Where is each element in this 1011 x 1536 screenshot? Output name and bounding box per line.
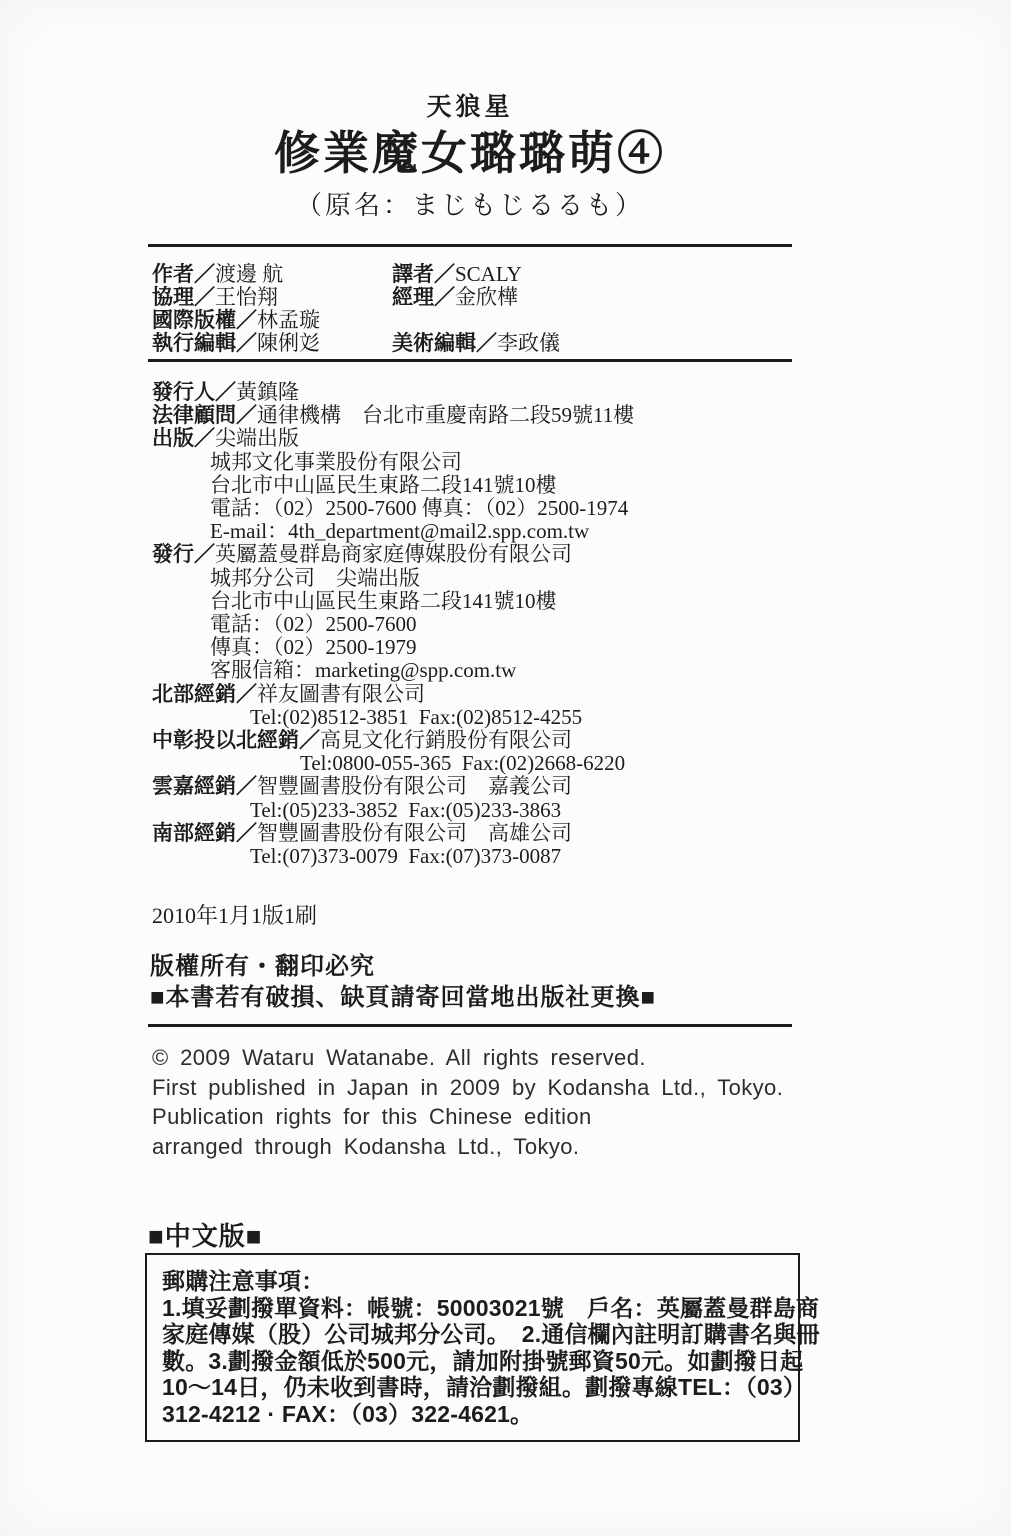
- credit-right: 經理／金欣樺: [392, 286, 797, 309]
- publishing-value: 電話：（02）2500-7600: [210, 612, 417, 636]
- mail-order-box: 郵購注意事項： 1.填妥劃撥單資料：帳號：50003021號 戶名：英屬蓋曼群島…: [145, 1253, 800, 1442]
- credit-role: 國際版權: [152, 309, 236, 332]
- credit-role: 譯者: [392, 263, 434, 286]
- copyright-notice: 版權所有・翻印必究 ■本書若有破損、缺頁請寄回當地出版社更換■: [150, 951, 810, 1013]
- publishing-value: 黃鎮隆: [236, 380, 299, 404]
- credit-name: SCALY: [455, 262, 522, 286]
- credit-name: 林孟璇: [257, 308, 320, 332]
- publishing-line: 台北市中山區民生東路二段141號10樓: [152, 590, 812, 613]
- divider-credits: [148, 359, 792, 362]
- publishing-value: E-mail：4th_department@mail2.spp.com.tw: [210, 519, 589, 543]
- publishing-value: Tel:0800-055-365 Fax:(02)2668-6220: [300, 751, 625, 775]
- publishing-value: 城邦文化事業股份有限公司: [210, 450, 462, 474]
- mail-order-line: 郵購注意事項：: [162, 1268, 783, 1295]
- publishing-value: 台北市中山區民生東路二段141號10樓: [210, 473, 557, 497]
- credit-separator: ／: [434, 286, 455, 309]
- publishing-line: 南部經銷／智豐圖書股份有限公司 高雄公司: [152, 822, 812, 845]
- publishing-line: 法律顧問／通律機構 台北市重慶南路二段59號11樓: [152, 404, 812, 427]
- publishing-label: 發行: [152, 543, 194, 566]
- publishing-value: 城邦分公司 尖端出版: [210, 566, 420, 590]
- publishing-line: Tel:0800-055-365 Fax:(02)2668-6220: [152, 752, 812, 775]
- publishing-value: Tel:(05)233-3852 Fax:(05)233-3863: [250, 798, 561, 822]
- publishing-label: 出版: [152, 427, 194, 450]
- credit-role: 美術編輯: [392, 332, 476, 355]
- publishing-label: 北部經銷: [152, 683, 236, 706]
- publishing-line: 發行／英屬蓋曼群島商家庭傳媒股份有限公司: [152, 543, 812, 566]
- credit-role: 作者: [152, 263, 194, 286]
- publishing-value: 客服信箱：marketing@spp.com.tw: [210, 658, 516, 682]
- credit-name: 渡邊 航: [215, 262, 283, 286]
- credit-separator: ／: [236, 332, 257, 355]
- publishing-line: 傳真：（02）2500-1979: [152, 636, 812, 659]
- publishing-line: 電話：（02）2500-7600: [152, 613, 812, 636]
- credit-name: 李政儀: [497, 331, 560, 355]
- publishing-value: 祥友圖書有限公司: [257, 682, 425, 706]
- original-title: （原名：まじもじるるも）: [148, 188, 792, 222]
- credit-left: 作者／渡邊 航: [152, 263, 392, 286]
- credit-separator: ／: [236, 309, 257, 332]
- english-copyright-line: © 2009 Wataru Watanabe. All rights reser…: [152, 1043, 812, 1073]
- credit-left: 執行編輯／陳俐彣: [152, 332, 392, 355]
- english-copyright-line: First published in Japan in 2009 by Koda…: [152, 1073, 812, 1103]
- credit-row: 執行編輯／陳俐彣 美術編輯／李政儀: [152, 332, 797, 355]
- english-copyright-line: arranged through Kodansha Ltd., Tokyo.: [152, 1132, 812, 1162]
- publishing-separator: ／: [236, 822, 257, 845]
- publishing-separator: ／: [236, 404, 257, 427]
- publishing-value: Tel:(07)373-0079 Fax:(07)373-0087: [250, 844, 561, 868]
- credit-role: 經理: [392, 286, 434, 309]
- book-title: 修業魔女璐璐萌④: [148, 124, 792, 182]
- publishing-line: 電話：（02）2500-7600 傳真：（02）2500-1974: [152, 497, 812, 520]
- credit-row: 國際版權／林孟璇: [152, 309, 797, 332]
- publishing-line: 雲嘉經銷／智豐圖書股份有限公司 嘉義公司: [152, 775, 812, 798]
- credit-right: [392, 309, 797, 332]
- publishing-value: 尖端出版: [215, 426, 299, 450]
- publishing-line: 台北市中山區民生東路二段141號10樓: [152, 474, 812, 497]
- publishing-line: 北部經銷／祥友圖書有限公司: [152, 683, 812, 706]
- credit-right: 譯者／SCALY: [392, 263, 797, 286]
- credit-name: 王怡翔: [215, 285, 278, 309]
- credit-separator: ／: [434, 263, 455, 286]
- credits-section: 作者／渡邊 航 譯者／SCALY 協理／王怡翔 經理／金欣樺 國際版權／林孟璇 …: [152, 263, 797, 355]
- publishing-line: 城邦分公司 尖端出版: [152, 567, 812, 590]
- publishing-separator: ／: [299, 729, 320, 752]
- publishing-separator: ／: [194, 427, 215, 450]
- credit-left: 國際版權／林孟璇: [152, 309, 392, 332]
- credit-left: 協理／王怡翔: [152, 286, 392, 309]
- mail-order-line: 312-4212 · FAX：（03）322-4621。: [162, 1401, 783, 1428]
- publishing-label: 中彰投以北經銷: [152, 729, 299, 752]
- series-label: 天狼星: [148, 92, 792, 122]
- publishing-value: Tel:(02)8512-3851 Fax:(02)8512-4255: [250, 705, 582, 729]
- publishing-value: 傳真：（02）2500-1979: [210, 635, 417, 659]
- credit-separator: ／: [194, 263, 215, 286]
- credit-row: 作者／渡邊 航 譯者／SCALY: [152, 263, 797, 286]
- credit-separator: ／: [194, 286, 215, 309]
- copyright-notice-line1: 版權所有・翻印必究: [150, 951, 810, 982]
- publishing-line: Tel:(05)233-3852 Fax:(05)233-3863: [152, 799, 812, 822]
- publishing-separator: ／: [236, 683, 257, 706]
- credit-separator: ／: [476, 332, 497, 355]
- publishing-separator: ／: [194, 543, 215, 566]
- publishing-value: 通律機構 台北市重慶南路二段59號11樓: [257, 403, 634, 427]
- publishing-value: 智豐圖書股份有限公司 嘉義公司: [257, 774, 572, 798]
- colophon-page: 天狼星 修業魔女璐璐萌④ （原名：まじもじるるも） 作者／渡邊 航 譯者／SCA…: [0, 0, 1011, 1536]
- publishing-section: 發行人／黃鎮隆 法律顧問／通律機構 台北市重慶南路二段59號11樓 出版／尖端出…: [152, 381, 812, 868]
- publishing-value: 電話：（02）2500-7600 傳真：（02）2500-1974: [210, 496, 628, 520]
- credit-name: 陳俐彣: [257, 331, 320, 355]
- credit-name: 金欣樺: [455, 285, 518, 309]
- publishing-line: 出版／尖端出版: [152, 427, 812, 450]
- publishing-value: 英屬蓋曼群島商家庭傳媒股份有限公司: [215, 542, 572, 566]
- publishing-line: 中彰投以北經銷／高見文化行銷股份有限公司: [152, 729, 812, 752]
- mail-order-line: 家庭傳媒（股）公司城邦分公司。 2.通信欄內註明訂購書名與冊: [162, 1321, 783, 1348]
- publishing-line: 城邦文化事業股份有限公司: [152, 451, 812, 474]
- chinese-edition-label: ■中文版■: [148, 1216, 262, 1253]
- publishing-line: 發行人／黃鎮隆: [152, 381, 812, 404]
- divider-top: [148, 244, 792, 247]
- publishing-line: E-mail：4th_department@mail2.spp.com.tw: [152, 520, 812, 543]
- publishing-label: 雲嘉經銷: [152, 775, 236, 798]
- mail-order-line: 數。3.劃撥金額低於500元，請加附掛號郵資50元。如劃撥日起: [162, 1348, 783, 1375]
- english-copyright-line: Publication rights for this Chinese edit…: [152, 1102, 812, 1132]
- credit-role: 協理: [152, 286, 194, 309]
- publishing-label: 法律顧問: [152, 404, 236, 427]
- publishing-line: Tel:(07)373-0079 Fax:(07)373-0087: [152, 845, 812, 868]
- publishing-label: 南部經銷: [152, 822, 236, 845]
- credit-role: 執行編輯: [152, 332, 236, 355]
- publishing-line: Tel:(02)8512-3851 Fax:(02)8512-4255: [152, 706, 812, 729]
- publishing-value: 高見文化行銷股份有限公司: [320, 728, 572, 752]
- publishing-line: 客服信箱：marketing@spp.com.tw: [152, 659, 812, 682]
- publishing-separator: ／: [215, 381, 236, 404]
- publishing-separator: ／: [236, 775, 257, 798]
- publishing-label: 發行人: [152, 381, 215, 404]
- credit-right: 美術編輯／李政儀: [392, 332, 797, 355]
- mail-order-line: 10～14日，仍未收到書時，請洽劃撥組。劃撥專線TEL：（03）: [162, 1374, 783, 1401]
- copyright-notice-line2: ■本書若有破損、缺頁請寄回當地出版社更換■: [150, 982, 810, 1013]
- publishing-value: 智豐圖書股份有限公司 高雄公司: [257, 821, 572, 845]
- publishing-value: 台北市中山區民生東路二段141號10樓: [210, 589, 557, 613]
- divider-english: [148, 1024, 792, 1027]
- edition-line: 2010年1月1版1刷: [152, 903, 317, 929]
- mail-order-line: 1.填妥劃撥單資料：帳號：50003021號 戶名：英屬蓋曼群島商: [162, 1295, 783, 1322]
- credit-row: 協理／王怡翔 經理／金欣樺: [152, 286, 797, 309]
- english-copyright: © 2009 Wataru Watanabe. All rights reser…: [152, 1043, 812, 1161]
